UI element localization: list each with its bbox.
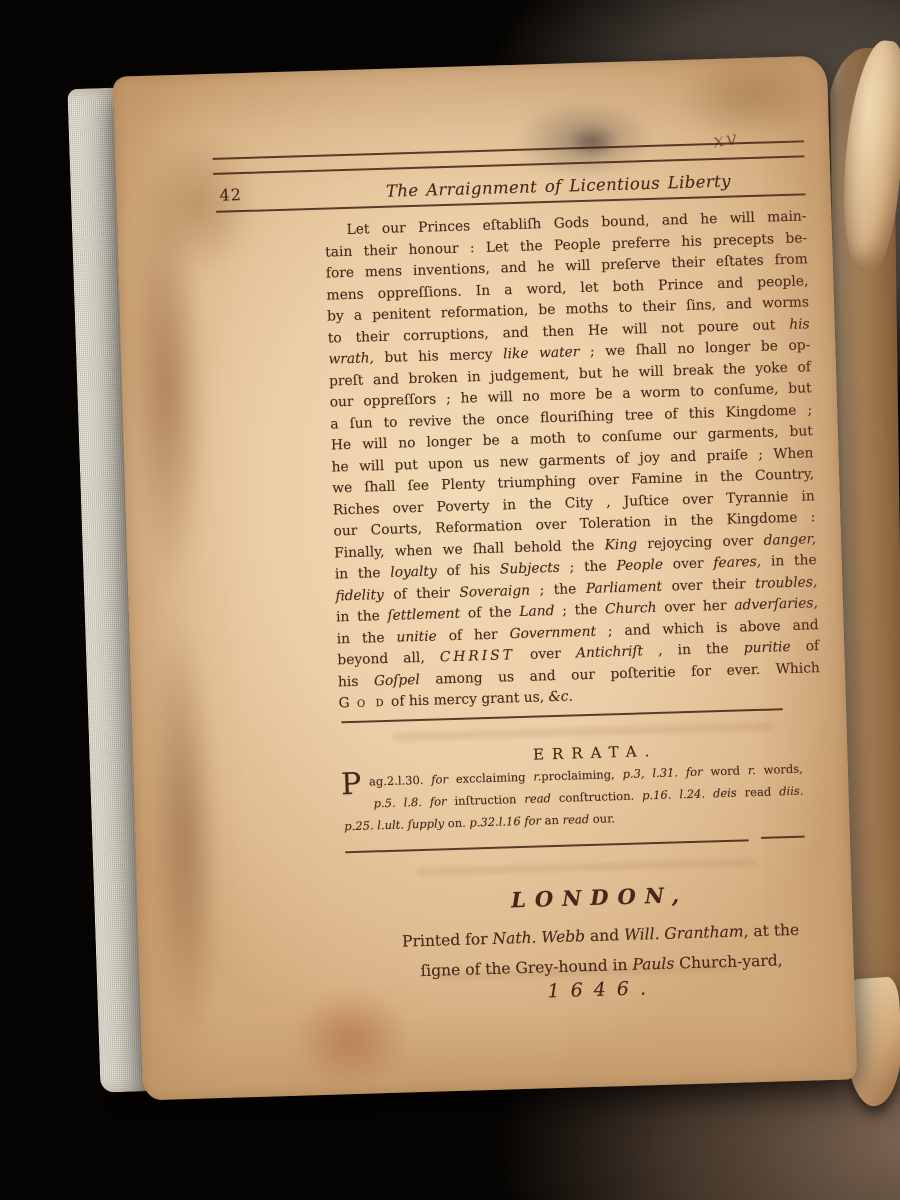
stain-top-smudge (514, 99, 656, 181)
stain-top-smudge-dark (567, 124, 620, 160)
body-text: Let our Princes eſtabliſh Gods bound, an… (324, 206, 820, 715)
stain-left-deckle (145, 614, 224, 1056)
errata-rule-bottom (345, 839, 749, 853)
stain-top-right (673, 50, 826, 144)
imprint-place: LONDON, (369, 878, 830, 917)
photo-of-antique-book-page: { "photo": { "handwritten_note": "xv" },… (0, 0, 900, 1200)
stain-left-corner (137, 133, 261, 276)
show-through-text (393, 722, 773, 742)
errata-text: ag.2.l.30. for excclaiming r.proclaiming… (343, 758, 805, 838)
errata-rule-bottom-segment (761, 836, 805, 839)
page-number: 42 (219, 185, 242, 205)
stain-left-deckle (122, 184, 212, 586)
handwritten-note: xv (712, 127, 740, 153)
book-page: xv 42 The Arraignment of Licentious Libe… (113, 56, 857, 1101)
show-through-text (417, 858, 757, 876)
